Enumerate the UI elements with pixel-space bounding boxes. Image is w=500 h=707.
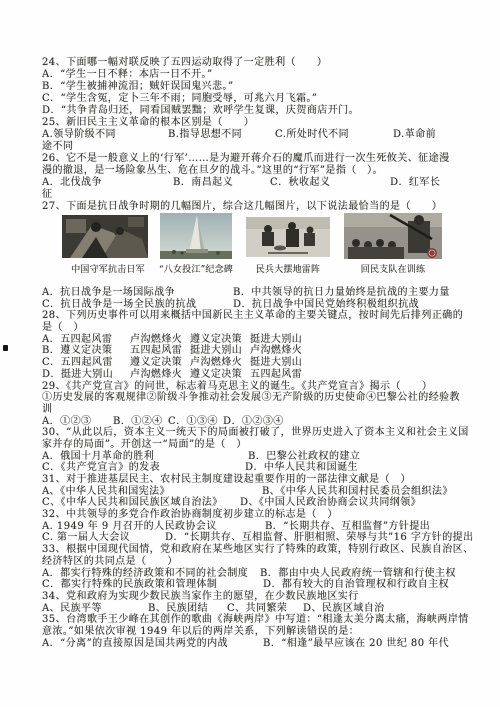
text-segment: B．遵义定决策 <box>42 345 113 357</box>
text-segment: 遵义定决策 <box>190 334 242 346</box>
photo-soldiers-combat <box>62 215 148 258</box>
text-segment: A．“分离”的直接原因是国共两党的内战 <box>42 638 228 650</box>
text-line: 33、根据中国现代国情，党和政府在某些地区实行了特殊的政策，特别行政区、民族自治… <box>0 544 500 556</box>
photo-caption-2: “八女投江”纪念碑 <box>154 262 238 275</box>
text-line: 经济特区的共同点是（ ） <box>0 556 500 568</box>
text-segment: A．抗日战争是一场国际战争 <box>42 287 175 299</box>
text-segment: 34、党和政府为实现少数民族当家作主的愿望，在少数民族地区实行 <box>42 591 359 603</box>
text-segment: 31、对于推进基层民主、农村民主制度建设起重要作用的一部法律文献是（ ） <box>42 474 411 486</box>
text-segment: 挺进大别山 <box>190 345 242 357</box>
red-seal-mark <box>427 248 437 258</box>
text-segment: D．挺进大别山 <box>42 369 113 381</box>
text-line: 34、党和政府为实现少数民族当家作主的愿望，在少数民族地区实行 <box>0 591 500 603</box>
text-segment: B．“长期共存、互相监督”方针提出 <box>265 521 430 533</box>
text-line: A．“分离”的直接原因是国共两党的内战B．“相逢”最早应该在 20 世纪 80 … <box>0 638 500 650</box>
photo-hui-detachment-training <box>344 213 442 259</box>
text-line: A．北伐战争B．南昌起义C．秋收起义D．红军长 <box>0 177 500 189</box>
text-segment: D.革命前 <box>393 129 436 141</box>
text-segment: C．《共产党宣言》的发表 <box>42 462 160 474</box>
text-line: 24、下面哪一幅对联反映了五四运动取得了一定胜利（ ） <box>0 57 500 69</box>
text-segment: B．南昌起义 <box>173 177 233 189</box>
text-segment: B．都由中央人民政府统一管辖和行使主权 <box>260 568 456 580</box>
text-segment: B．①②④ <box>113 416 163 428</box>
text-segment: C．①③④ <box>168 416 218 428</box>
text-segment: 遵义定决策 <box>190 369 242 381</box>
text-line: C．五四起风雷遵义定决策卢沟燃烽火挺进大别山 <box>0 357 500 369</box>
text-segment: C．五四起风雷 <box>42 357 113 369</box>
text-line: 漫的撤退，是一场险象丛生、危在旦夕的战斗。”这里的“行军”是指（ ）。 <box>0 165 500 177</box>
text-segment: 32、中共领导的多党合作政治协商制度初步建立的标志是（ ） <box>42 509 338 521</box>
text-line: C．《共产党宣言》的发表D．中华人民共和国诞生 <box>0 462 500 474</box>
text-segment: C、共同繁荣 <box>227 603 287 615</box>
text-line: D．“共争青岛归还，同看国贼罢黜；欢呼学生复课，庆贺商店开门。 <box>0 105 500 117</box>
text-line: 是（ ） <box>0 322 500 334</box>
text-segment: D．①②③④ <box>223 416 284 428</box>
text-segment: 29、《共产党宣言》的问世，标志着马克思主义的诞生。《共产党宣言》揭示（ ） <box>42 381 432 393</box>
text-segment: D．红军长 <box>390 177 440 189</box>
text-line: 29、《共产党宣言》的问世，标志着马克思主义的诞生。《共产党宣言》揭示（ ） <box>0 381 500 393</box>
text-segment: A、民族平等 <box>42 603 102 615</box>
text-line: C．“学生含冤，定卜三年不雨；同胞受辱，可兆六月飞霜。” <box>0 93 500 105</box>
text-segment: 卢沟燃烽火 <box>190 357 242 369</box>
text-segment: A. 1949 年 9 月召开的人民政协会议 <box>42 521 217 533</box>
text-line: 征 <box>0 189 500 201</box>
text-segment: 遵义定决策 <box>130 357 182 369</box>
text-segment: D、《中国人民政治协商会议共同纲领》 <box>240 497 421 509</box>
text-line: C. 第一届人大会议D．“长期共存、互相监督、肝胆相照、荣辱与共”16 字方针的… <box>0 532 500 544</box>
text-line: 31、对于推进基层民主、农村民主制度建设起重要作用的一部法律文献是（ ） <box>0 474 500 486</box>
text-line: 家并存的局面”。开创这一“局面”的是（ ） <box>0 439 500 451</box>
text-segment: 漫的撤退，是一场险象丛生、危在旦夕的战斗。”这里的“行军”是指（ ）。 <box>42 165 383 177</box>
text-line: B．遵义定决策五四起风雷挺进大别山卢沟燃烽火 <box>0 345 500 357</box>
text-segment: 是（ ） <box>42 322 84 334</box>
photo-caption-1: 中国守军抗击日军 <box>58 262 158 275</box>
text-line: A. 1949 年 9 月召开的人民政协会议B．“长期共存、互相监督”方针提出 <box>0 521 500 533</box>
text-line: 26、它不是一般意义上的‘行军’……是为避开蒋介石的魔爪而进行一次生死攸关、征途… <box>0 153 500 165</box>
text-segment: 五四起风雷 <box>250 369 302 381</box>
text-segment: A．①②③ <box>42 416 91 428</box>
text-segment: A、《中华人民共和国宪法》 <box>42 486 170 498</box>
text-line: A．都实行特殊的经济政策和不同的社会制度B．都由中央人民政府统一管辖和行使主权 <box>0 568 500 580</box>
text-segment: D．都有较大的自治管理权和行政自主权 <box>263 579 449 591</box>
text-segment: B、《中华人民共和国村民委员会组织法》 <box>262 486 453 498</box>
text-line: 途不同 <box>0 141 500 153</box>
text-segment: C．“学生含冤，定卜三年不雨；同胞受辱，可兆六月飞霜。” <box>42 93 317 105</box>
text-line: 35、台湾歌手王少峰在其创作的歌曲《海峡两岸》中写道：“相逢太美分离太痛，海峡两… <box>0 614 500 626</box>
text-segment: 28、下列历史事件可以用来概括中国新民主主义革命的主要关键点，按时间先后排列正确… <box>42 310 463 322</box>
text-line: ①历史发展的客观规律②阶级斗争推动社会发展③无产阶级的历史使命④巴黎公社的经验教 <box>0 392 500 404</box>
text-segment: A．都实行特殊的经济政策和不同的社会制度 <box>42 568 248 580</box>
text-line: 28、下列历史事件可以用来概括中国新民主主义革命的主要关键点，按时间先后排列正确… <box>0 310 500 322</box>
exam-page: 24、下面哪一幅对联反映了五四运动取得了一定胜利（ ）A．“学生一日不释：本店一… <box>0 0 500 707</box>
text-segment: ①历史发展的客观规律②阶级斗争推动社会发展③无产阶级的历史使命④巴黎公社的经验教 <box>42 392 460 404</box>
text-segment: 家并存的局面”。开创这一“局面”的是（ ） <box>42 439 247 451</box>
text-segment: D、民族区域自治 <box>303 603 385 615</box>
text-segment: A．俄国十月革命的胜利 <box>42 451 154 463</box>
text-segment: A．五四起风雷 <box>42 334 112 346</box>
exam-content: 24、下面哪一幅对联反映了五四运动取得了一定胜利（ ）A．“学生一日不释：本店一… <box>0 57 500 649</box>
text-segment: 33、根据中国现代国情，党和政府在某些地区实行了特殊的政策，特别行政区、民族自治… <box>42 544 474 556</box>
text-segment: A．“学生一日不释：本店一日不开。” <box>42 69 213 81</box>
text-segment: A.领导阶级不同 <box>42 129 116 141</box>
text-segment: 26、它不是一般意义上的‘行军’……是为避开蒋介石的魔爪而进行一次生死攸关、征途… <box>42 153 450 165</box>
text-line: A、《中华人民共和国宪法》B、《中华人民共和国村民委员会组织法》 <box>0 486 500 498</box>
text-segment: C.所处时代不同 <box>275 129 349 141</box>
text-segment: C．秋收起义 <box>270 177 330 189</box>
text-line: D．挺进大别山卢沟燃烽火遵义定决策五四起风雷 <box>0 369 500 381</box>
photo-caption-4: 回民支队在训练 <box>338 262 448 275</box>
text-segment: C. 第一届人大会议 <box>42 532 130 544</box>
text-line: 25、新旧民主主义革命的根本区别是（ ） <box>0 117 500 129</box>
questions-24-to-27: 24、下面哪一幅对联反映了五四运动取得了一定胜利（ ）A．“学生一日不释：本店一… <box>0 57 500 213</box>
text-line: 27、下面是抗日战争时期的几幅图片，综合这几幅图片，以下说法最恰当的是（ ） <box>0 201 500 213</box>
text-line: 意浓。”如果依次审视 1949 年以后的两岸关系，下列解读错误的是： <box>0 626 500 638</box>
text-line: C．抗日战争是一场全民族的抗战D．抗日战争中国民党始终积极组织抗战 <box>0 299 500 311</box>
photo-caption-3: 民兵大摆地雷阵 <box>242 262 334 275</box>
text-line: A．抗日战争是一场国际战争B．中共领导的抗日力量始终是抗战的主要力量 <box>0 287 500 299</box>
text-line: C．都实行特殊的民族政策和管理体制D．都有较大的自治管理权和行政自主权 <box>0 579 500 591</box>
text-segment: 挺进大别山 <box>250 334 302 346</box>
text-segment: 挺进大别山 <box>250 357 302 369</box>
text-segment: 24、下面哪一幅对联反映了五四运动取得了一定胜利（ ） <box>42 57 327 69</box>
text-segment: B.指导思想不同 <box>168 129 242 141</box>
text-segment: 卢沟燃烽火 <box>130 334 182 346</box>
text-line: A．“学生一日不释：本店一日不开。” <box>0 69 500 81</box>
text-segment: D．“共争青岛归还，同看国贼罢黜；欢呼学生复课，庆贺商店开门。 <box>42 105 359 117</box>
text-segment: B．“相逢”最早应该在 20 世纪 80 年代 <box>263 638 449 650</box>
text-segment: C、《中华人民共和国民族区域自治法》 <box>42 497 223 509</box>
photo-strip: 中国守军抗击日军 “八女投江”纪念碑 民兵大摆地雷阵 回民支队在训练 <box>0 213 500 287</box>
text-segment: 卢沟燃烽火 <box>250 345 302 357</box>
text-line: A、民族平等B、民族团结C、共同繁荣D、民族区域自治 <box>0 603 500 615</box>
text-line: A．俄国十月革命的胜利B．巴黎公社政权的建立 <box>0 451 500 463</box>
text-line: 30、“从此以后，资本主义一统天下的局面被打破了，世界历史进入了资本主义和社会主… <box>0 427 500 439</box>
text-segment: C．抗日战争是一场全民族的抗战 <box>42 299 196 311</box>
text-segment: 意浓。”如果依次审视 1949 年以后的两岸关系，下列解读错误的是： <box>42 626 359 638</box>
text-segment: A．北伐战争 <box>42 177 102 189</box>
text-segment: D．中华人民共和国诞生 <box>245 462 358 474</box>
text-segment: 经济特区的共同点是（ ） <box>42 556 178 568</box>
text-segment: B．“学生被捕神流泪；贼奸误国鬼兴悲。” <box>42 81 234 93</box>
text-line: B．“学生被捕神流泪；贼奸误国鬼兴悲。” <box>0 81 500 93</box>
text-segment: 训 <box>42 404 52 416</box>
questions-27-to-35: A．抗日战争是一场国际战争B．中共领导的抗日力量始终是抗战的主要力量C．抗日战争… <box>0 287 500 649</box>
text-segment: 35、台湾歌手王少峰在其创作的歌曲《海峡两岸》中写道：“相逢太美分离太痛，海峡两… <box>42 614 469 626</box>
text-segment: 25、新旧民主主义革命的根本区别是（ ） <box>42 117 254 129</box>
text-line: A.领导阶级不同B.指导思想不同C.所处时代不同D.革命前 <box>0 129 500 141</box>
text-segment: B．中共领导的抗日力量始终是抗战的主要力量 <box>233 287 450 299</box>
text-segment: C．都实行特殊的民族政策和管理体制 <box>42 579 217 591</box>
text-segment: B．巴黎公社政权的建立 <box>248 451 360 463</box>
text-segment: 途不同 <box>42 141 73 153</box>
text-segment: D．抗日战争中国民党始终积极组织抗战 <box>233 299 419 311</box>
text-line: C、《中华人民共和国民族区域自治法》D、《中国人民政治协商会议共同纲领》 <box>0 497 500 509</box>
text-line: 训 <box>0 404 500 416</box>
text-segment: 五四起风雷 <box>130 345 182 357</box>
text-segment: 30、“从此以后，资本主义一统天下的局面被打破了，世界历史进入了资本主义和社会主… <box>42 427 469 439</box>
text-line: A．①②③B．①②④C．①③④D．①②③④ <box>0 416 500 428</box>
text-line: A．五四起风雷卢沟燃烽火遵义定决策挺进大别山 <box>0 334 500 346</box>
text-segment: 征 <box>42 189 52 201</box>
text-segment: B、民族团结 <box>148 603 208 615</box>
text-segment: 卢沟燃烽火 <box>130 369 182 381</box>
text-segment: D．“长期共存、互相监督、肝胆相照、荣辱与共”16 字方针的提出 <box>165 532 474 544</box>
text-segment: 27、下面是抗日战争时期的几幅图片，综合这几幅图片，以下说法最恰当的是（ ） <box>42 201 442 213</box>
photo-militia-laying-mines <box>246 217 330 257</box>
photo-memorial-obelisk <box>160 213 232 259</box>
text-line: 32、中共领导的多党合作政治协商制度初步建立的标志是（ ） <box>0 509 500 521</box>
